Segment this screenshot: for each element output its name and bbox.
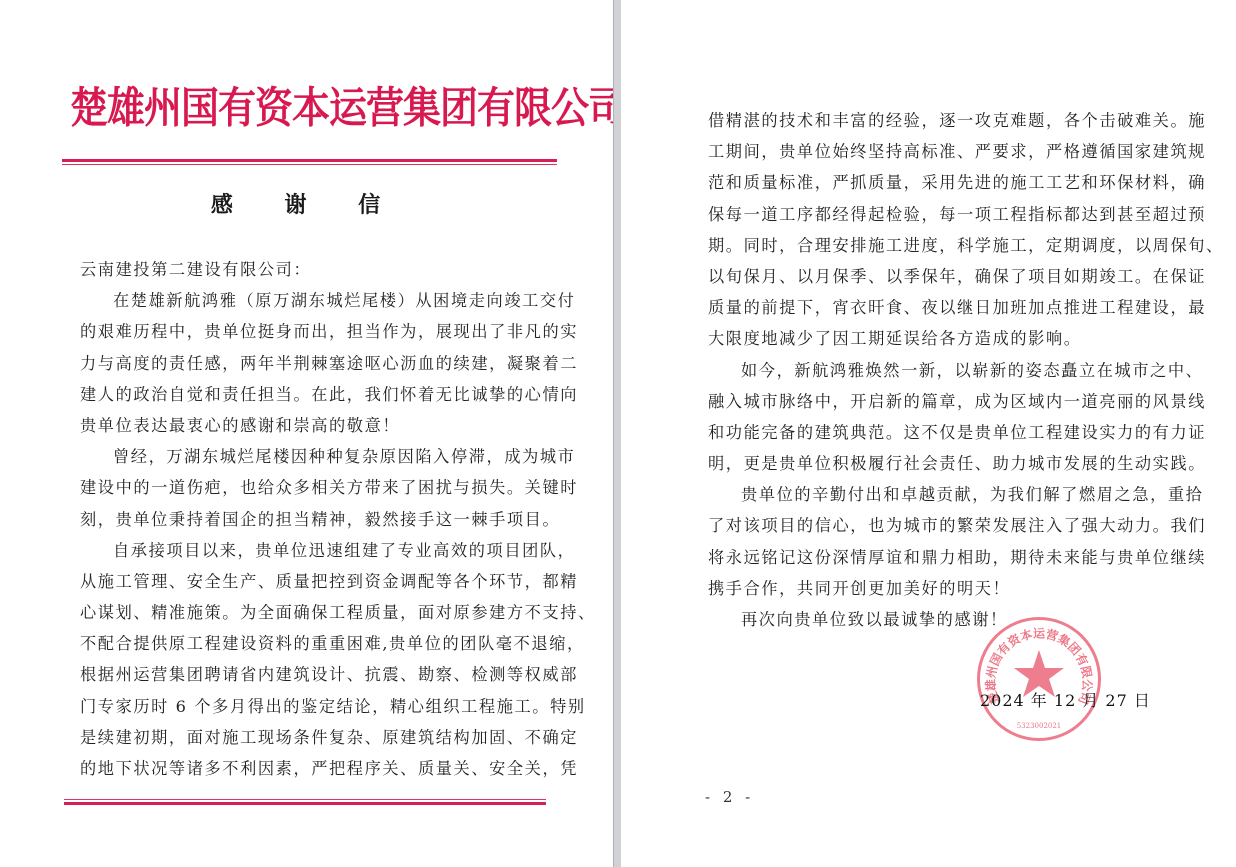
seal-code: 5323002021 [1017,722,1062,730]
body-line: 是续建初期，面对施工现场条件复杂、原建筑结构加固、不确定 [80,722,535,753]
body-line: 携手合作，共同开创更加美好的明天！ [708,573,1171,604]
body-line: 大限度地减少了因工期延误给各方造成的影响。 [708,323,1171,354]
body-line: 了对该项目的信心，也为城市的繁荣发展注入了强大动力。我们 [708,510,1171,541]
body-line: 根据州运营集团聘请省内建筑设计、抗震、勘察、检测等权威部 [80,659,535,690]
body-line: 力与高度的责任感，两年半荆棘塞途呕心沥血的续建，凝聚着二 [80,348,535,379]
body-line: 的艰难历程中，贵单位挺身而出，担当作为，展现出了非凡的实 [80,316,535,347]
letter-body-right: 借精湛的技术和丰富的经验，逐一攻克难题，各个击破难关。施工期间，贵单位始终坚持高… [708,105,1171,635]
letter-body-left: 云南建投第二建设有限公司：在楚雄新航鸿雅（原万湖东城烂尾楼）从困境走向竣工交付的… [80,254,535,784]
body-line: 如今，新航鸿雅焕然一新，以崭新的姿态矗立在城市之中、 [708,355,1171,386]
page-gutter [613,0,621,867]
body-line: 从施工管理、安全生产、质量把控到资金调配等各个环节，都精 [80,566,535,597]
body-line: 自承接项目以来，贵单位迅速组建了专业高效的项目团队， [80,535,535,566]
body-line: 融入城市脉络中，开启新的篇章，成为区域内一道亮丽的风景线 [708,386,1171,417]
document-page-left: 楚雄州国有资本运营集团有限公司 感 谢 信 云南建投第二建设有限公司：在楚雄新航… [0,0,613,867]
body-line: 心谋划、精准施策。为全面确保工程质量，面对原参建方不支持、 [80,597,535,628]
body-line: 贵单位的辛勤付出和卓越贡献，为我们解了燃眉之急，重拾 [708,479,1171,510]
body-line: 明，更是贵单位积极履行社会责任、助力城市发展的生动实践。 [708,448,1171,479]
letter-date: 2024 年 12 月 27 日 [980,688,1151,711]
body-line: 期。同时，合理安排施工进度，科学施工，定期调度，以周保旬、 [708,230,1171,261]
body-line: 和功能完备的建筑典范。这不仅是贵单位工程建设实力的有力证 [708,417,1171,448]
body-line: 再次向贵单位致以最诚挚的感谢！ [708,604,1171,635]
body-line: 以旬保月、以月保季、以季保年，确保了项目如期竣工。在保证 [708,261,1171,292]
body-line: 门专家历时 6 个多月得出的鉴定结论，精心组织工程施工。特别 [80,691,535,722]
body-line: 刻，贵单位秉持着国企的担当精神，毅然接手这一棘手项目。 [80,504,535,535]
body-line: 建设中的一道伤疤，也给众多相关方带来了困扰与损失。关键时 [80,472,535,503]
letter-title: 感 谢 信 [0,188,613,219]
official-seal-icon: 楚雄州国有资本运营集团有限公司 5323002021 [977,617,1101,741]
body-line: 范和质量标准，严抓质量，采用先进的施工工艺和环保材料，确 [708,167,1171,198]
body-line: 借精湛的技术和丰富的经验，逐一攻克难题，各个击破难关。施 [708,105,1171,136]
body-line: 建人的政治自觉和责任担当。在此，我们怀着无比诚挚的心情向 [80,379,535,410]
body-line: 工期间，贵单位始终坚持高标准、严要求，严格遵循国家建筑规 [708,136,1171,167]
body-line: 的地下状况等诸多不利因素，严把程序关、质量关、安全关，凭 [80,753,535,784]
body-line: 云南建投第二建设有限公司： [80,254,535,285]
letterhead-rule-top [62,159,557,165]
body-line: 质量的前提下，宵衣旰食、夜以继日加班加点推进工程建设，最 [708,292,1171,323]
body-line: 在楚雄新航鸿雅（原万湖东城烂尾楼）从困境走向竣工交付 [80,285,535,316]
letterhead-rule-bottom [64,799,546,805]
body-line: 不配合提供原工程建设资料的重重困难,贵单位的团队毫不退缩， [80,628,535,659]
page-number: - 2 - [705,788,754,806]
body-line: 贵单位表达最衷心的感谢和崇高的敬意！ [80,410,535,441]
letterhead-company-name: 楚雄州国有资本运营集团有限公司 [70,81,540,135]
body-line: 将永远铭记这份深情厚谊和鼎力相助，期待未来能与贵单位继续 [708,542,1171,573]
body-line: 曾经，万湖东城烂尾楼因种种复杂原因陷入停滞，成为城市 [80,441,535,472]
body-line: 保每一道工序都经得起检验，每一项工程指标都达到甚至超过预 [708,199,1171,230]
